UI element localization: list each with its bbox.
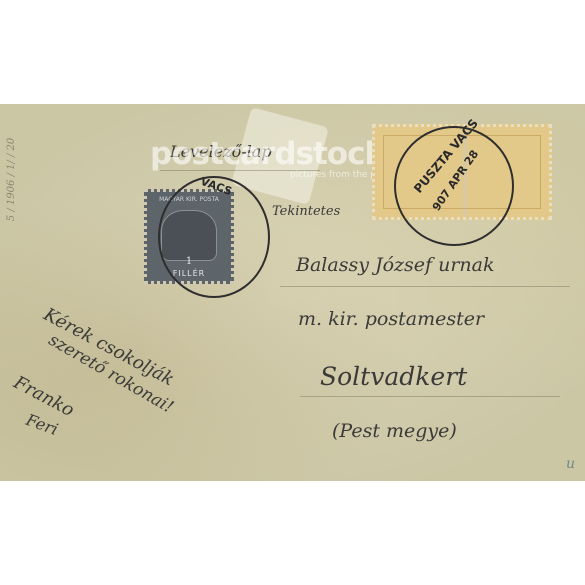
address-title: m. kir. postamester (298, 308, 484, 330)
address-salutation: Tekintetes (272, 204, 340, 219)
address-county: (Pest megye) (332, 420, 457, 442)
address-line (280, 286, 570, 287)
margin-note: 5 / 1906 / 1/ / 20 (6, 138, 17, 221)
postmark-vacs (158, 176, 270, 298)
city-line (300, 396, 560, 397)
address-city: Soltvadkert (320, 362, 467, 391)
message-line-3: Franko (10, 372, 77, 421)
watermark: postcardstock (150, 136, 384, 172)
corner-mark: u (566, 456, 575, 472)
address-name: Balassy József urnak (296, 254, 495, 276)
postcard: 5 / 1906 / 1/ / 20 Levelező-lap postcard… (0, 104, 585, 481)
